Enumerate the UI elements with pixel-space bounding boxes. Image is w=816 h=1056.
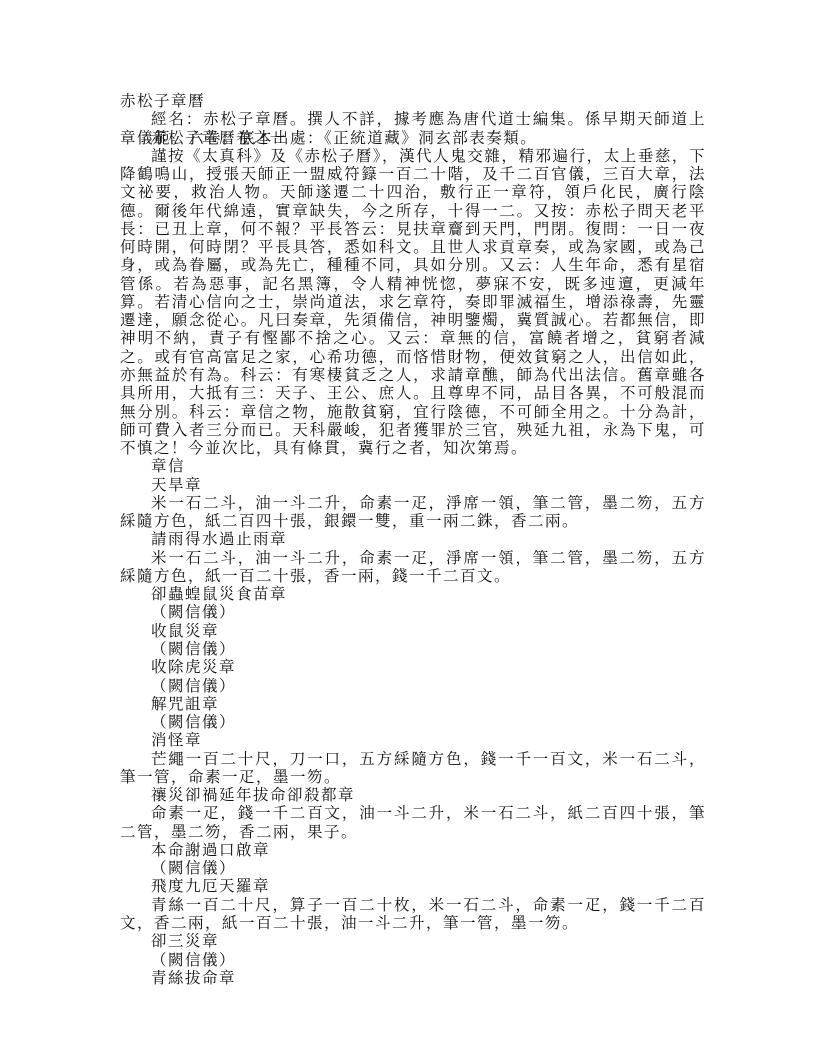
entry: 飛度九厄天羅章 青絲一百二十尺，算子一百二十枚，米一石二斗，命素一疋，錢一千二百… — [120, 877, 706, 932]
entry-title: 天旱章 — [120, 476, 706, 494]
entry: 請雨得水過止雨章 米一石二斗，油一斗二升，命素一疋，淨席一領，筆二管，墨二笏，五… — [120, 530, 706, 585]
entry-title: 解咒詛章 — [120, 695, 706, 713]
entry: 天旱章 米一石二斗，油一斗二升，命素一疋，淨席一領，筆二管，墨二笏，五方綵隨方色… — [120, 476, 706, 531]
entry: 青絲拔命章 — [120, 969, 706, 987]
entry-missing-note: （闕信儀） — [120, 859, 706, 877]
entry: 解咒詛章 （闕信儀） — [120, 695, 706, 732]
entry-title: 請雨得水過止雨章 — [120, 530, 706, 548]
entry: 禳災卻禍延年拔命卻殺都章 命素一疋，錢一千二百文，油一斗二升，米一石二斗，紙二百… — [120, 786, 706, 841]
document-title: 赤松子章曆 — [120, 92, 706, 110]
entry-title: 飛度九厄天羅章 — [120, 877, 706, 895]
entry: 收鼠災章 （闕信儀） — [120, 622, 706, 659]
entry-items: 米一石二斗，油一斗二升，命素一疋，淨席一領，筆二管，墨二笏，五方綵隨方色，紙二百… — [120, 494, 706, 531]
entry-title: 收鼠災章 — [120, 622, 706, 640]
intro-paragraph: 謹按《太真科》及《赤松子曆》，漢代人鬼交雜，精邪遍行，太上垂慈，下降鶴鳴山，授張… — [120, 147, 706, 458]
entry-list: 天旱章 米一石二斗，油一斗二升，命素一疋，淨席一領，筆二管，墨二笏，五方綵隨方色… — [120, 476, 706, 987]
entry-missing-note: （闕信儀） — [120, 951, 706, 969]
entry-title: 消怪章 — [120, 731, 706, 749]
entry-title: 禳災卻禍延年拔命卻殺都章 — [120, 786, 706, 804]
entry-items: 芒繩一百二十尺，刀一口，五方綵隨方色，錢一千一百文，米一石二斗，筆一管，命素一疋… — [120, 750, 706, 787]
entry-missing-note: （闕信儀） — [120, 603, 706, 621]
entry-items: 命素一疋，錢一千二百文，油一斗二升，米一石二斗，紙二百四十張，筆二管，墨二笏，香… — [120, 804, 706, 841]
entry: 本命謝過口啟章 （闕信儀） — [120, 841, 706, 878]
entry: 卻三災章 （闕信儀） — [120, 932, 706, 969]
entry-items: 青絲一百二十尺，算子一百二十枚，米一石二斗，命素一疋，錢一千二百文，香二兩，紙一… — [120, 896, 706, 933]
entry-title: 青絲拔命章 — [120, 969, 706, 987]
entry: 收除虎災章 （闕信儀） — [120, 658, 706, 695]
entry-title: 本命謝過口啟章 — [120, 841, 706, 859]
entry: 卻蟲蝗鼠災食苗章 （闕信儀） — [120, 585, 706, 622]
entry-items: 米一石二斗，油一斗二升，命素一疋，淨席一領，筆二管，墨二笏，五方綵隨方色，紙一百… — [120, 549, 706, 586]
entry-title: 卻蟲蝗鼠災食苗章 — [120, 585, 706, 603]
entry-missing-note: （闕信儀） — [120, 640, 706, 658]
entry-title: 卻三災章 — [120, 932, 706, 950]
section-heading: 章信 — [120, 457, 706, 475]
entry: 消怪章 芒繩一百二十尺，刀一口，五方綵隨方色，錢一千一百文，米一石二斗，筆一管，… — [120, 731, 706, 786]
entry-missing-note: （闕信儀） — [120, 677, 706, 695]
document-page: 赤松子章曆 經名：赤松子章曆。撰人不詳，據考應為唐代道士編集。係早期天師道上章儀… — [120, 92, 706, 987]
entry-missing-note: （闕信儀） — [120, 713, 706, 731]
entry-title: 收除虎災章 — [120, 658, 706, 676]
